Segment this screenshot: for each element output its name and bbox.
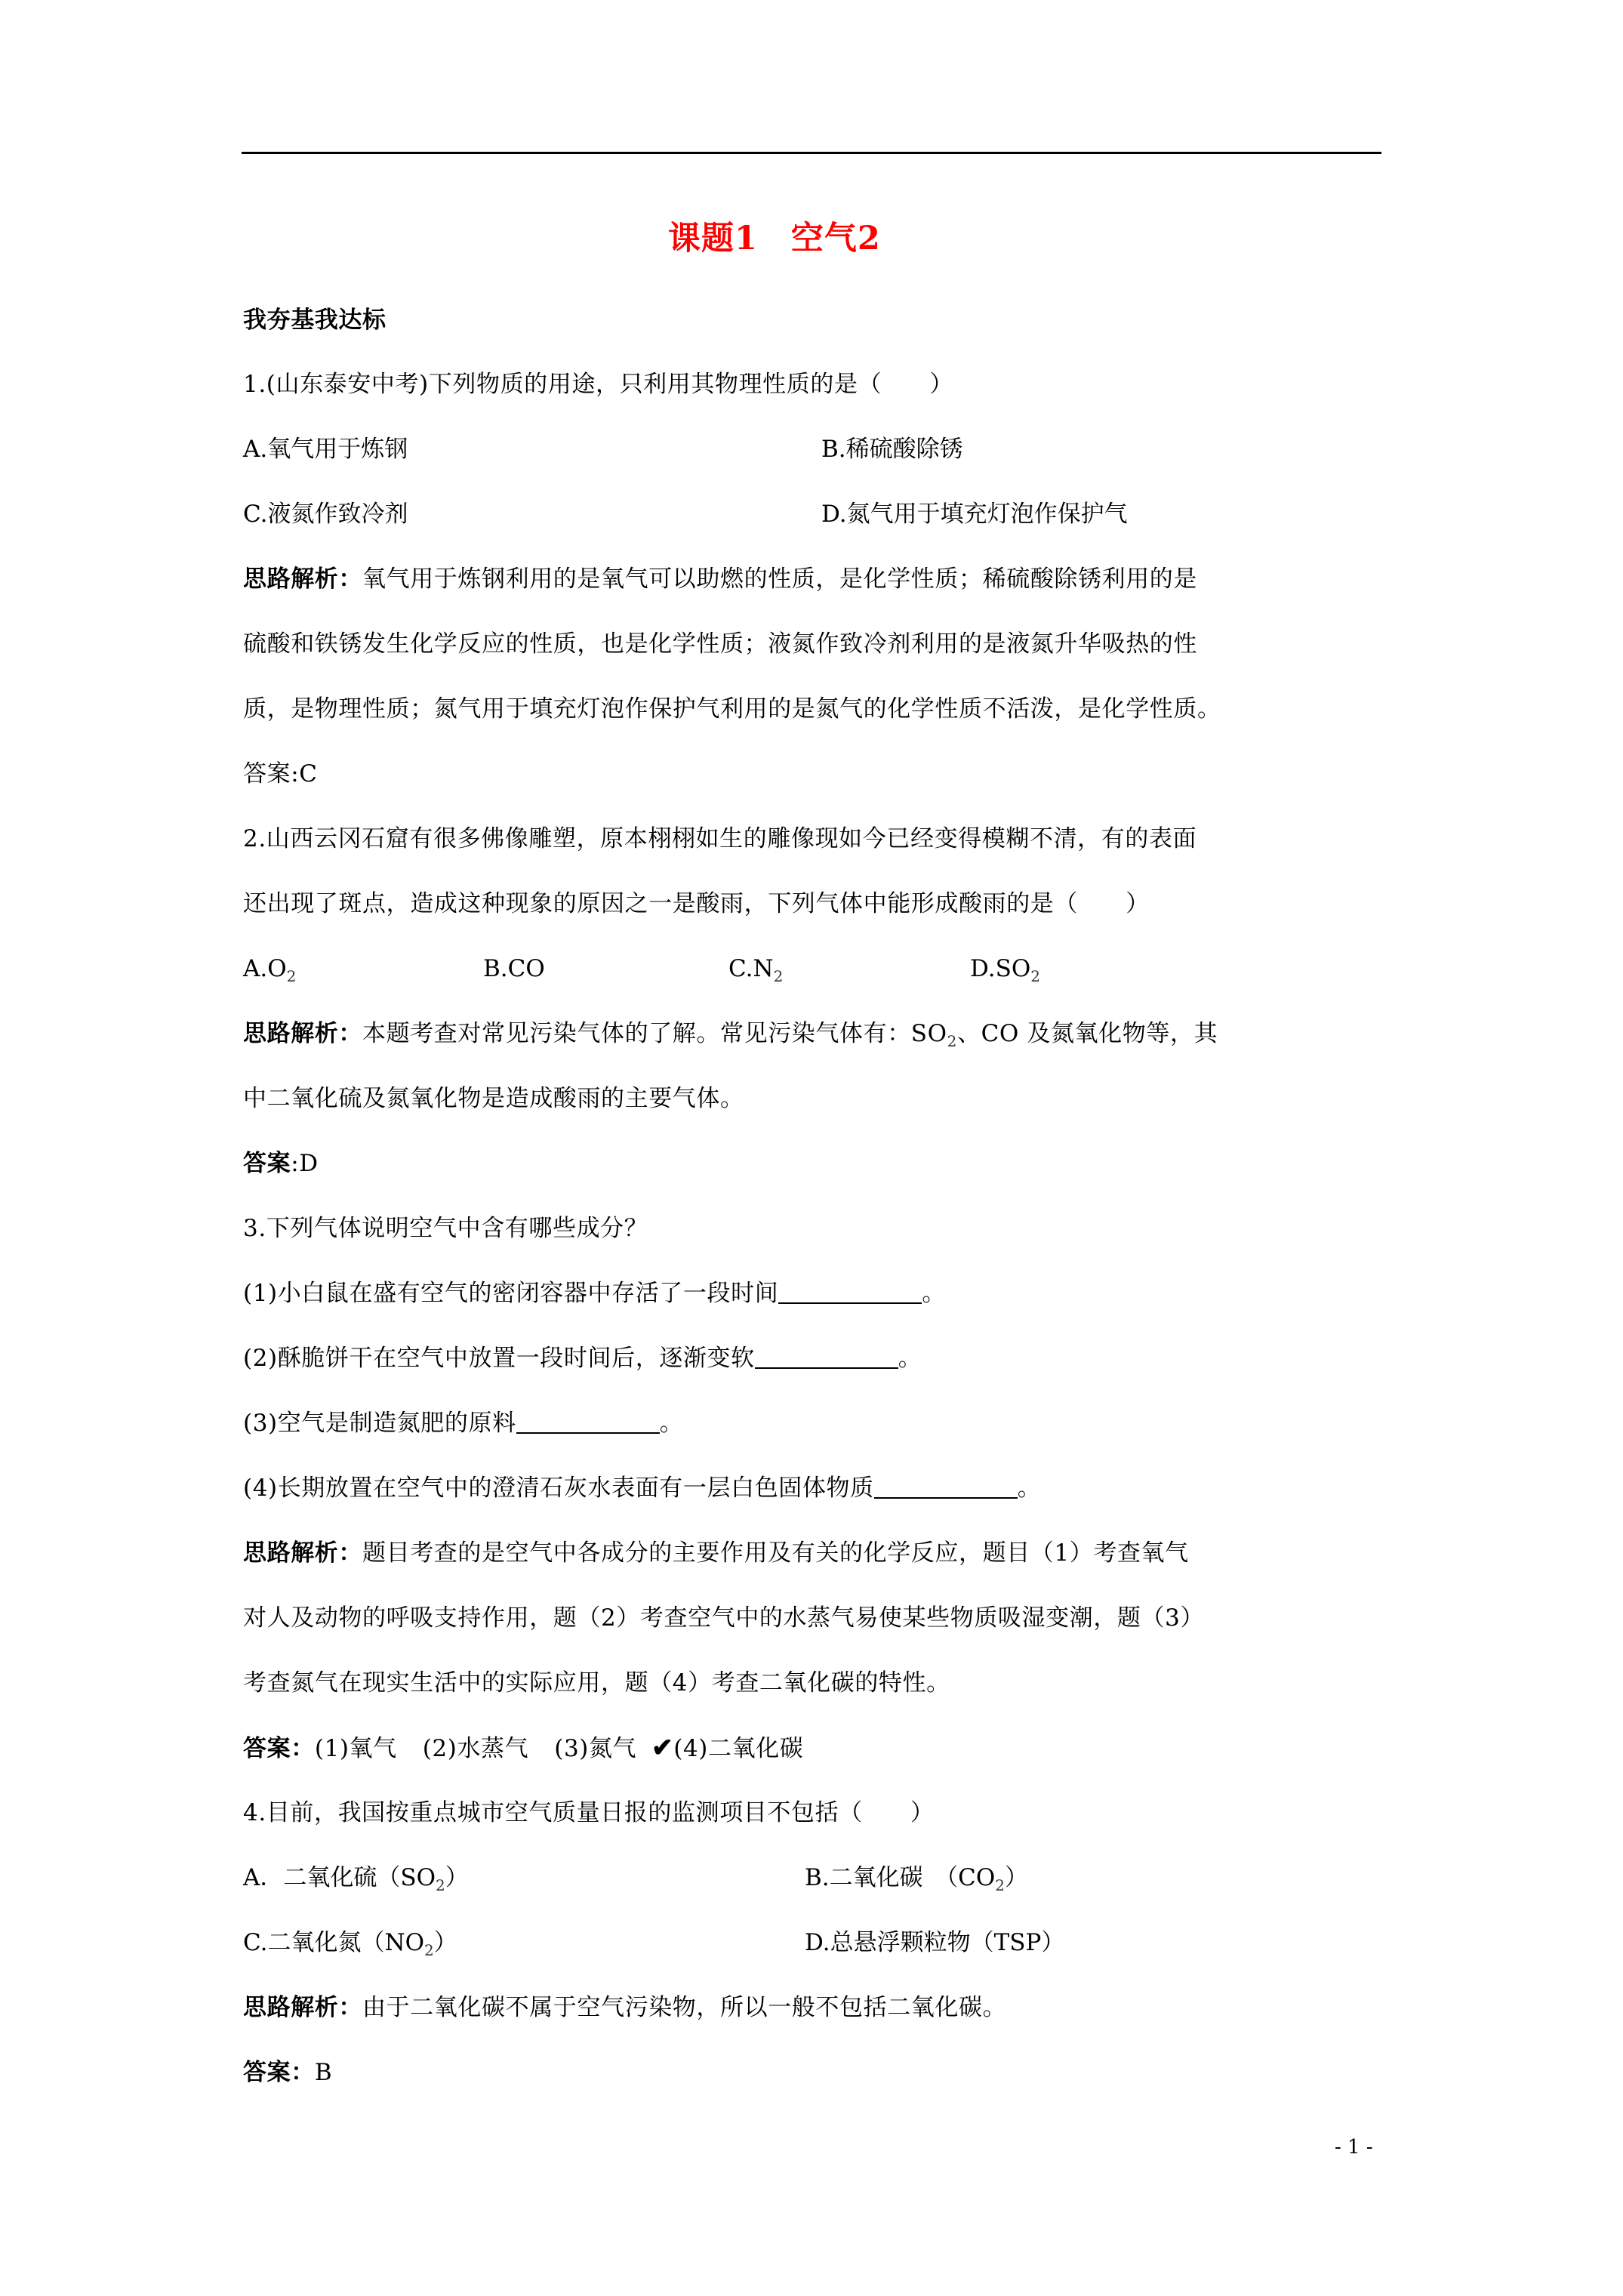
q3-analysis-line-2: 对人及动物的呼吸支持作用，题（2）考查空气中的水蒸气易使某些物质吸湿变潮，题（3… <box>243 1601 1204 1635</box>
analysis-label: 思路解析： <box>243 1539 362 1567</box>
q3-item-3: (3)空气是制造氮肥的原料。 <box>243 1407 683 1440</box>
answer-value: B <box>315 2059 332 2086</box>
q1-option-d: D.氮气用于填充灯泡作保护气 <box>821 498 1128 531</box>
analysis-text: 本题考查对常见污染气体的了解。常见污染气体有：SO <box>362 1020 947 1047</box>
answer-blank[interactable] <box>874 1475 1018 1499</box>
q4-option-d: D.总悬浮颗粒物（TSP） <box>805 1926 1064 1959</box>
subscript: 2 <box>947 1032 957 1050</box>
answer-label: 答案： <box>243 1735 315 1762</box>
q1-analysis-line-1: 思路解析：氧气用于炼钢利用的是氧气可以助燃的性质，是化学性质；稀硫酸除锈利用的是 <box>243 562 1197 596</box>
section-heading: 我夯基我达标 <box>243 304 387 337</box>
page-title: 课题1 空气2 <box>0 217 1623 260</box>
subscript: 2 <box>1030 967 1040 985</box>
q1-analysis-line-2: 硫酸和铁锈发生化学反应的性质，也是化学性质；液氮作致冷剂利用的是液氮升华吸热的性 <box>243 627 1197 661</box>
answer-blank[interactable] <box>516 1410 660 1434</box>
q2-analysis-line-2: 中二氧化硫及氮氧化物是造成酸雨的主要气体。 <box>243 1082 744 1115</box>
analysis-label: 思路解析： <box>243 1994 362 2021</box>
q1-stem: 1.(山东泰安中考)下列物质的用途，只利用其物理性质的是（ ） <box>243 368 953 401</box>
q3-analysis-line-3: 考查氮气在现实生活中的实际应用，题（4）考查二氧化碳的特性。 <box>243 1666 950 1700</box>
answer-item-4: (4)二氧化碳 <box>673 1735 803 1762</box>
answer-item-1: (1)氧气 <box>315 1735 397 1762</box>
analysis-text: 题目考查的是空气中各成分的主要作用及有关的化学反应，题目（1）考查氧气 <box>362 1539 1189 1567</box>
check-icon: ✔ <box>651 1731 673 1764</box>
q1-analysis-line-3: 质，是物理性质；氮气用于填充灯泡作保护气利用的是氮气的化学性质不活泼，是化学性质… <box>243 692 1221 726</box>
q2-stem-line-1: 2.山西云冈石窟有很多佛像雕塑，原本栩栩如生的雕像现如今已经变得模糊不清，有的表… <box>243 822 1196 855</box>
option-text: B.二氧化碳 （CO <box>805 1864 995 1891</box>
q1-answer: 答案:C <box>243 757 318 791</box>
q2-stem-line-2: 还出现了斑点，造成这种现象的原因之一是酸雨，下列气体中能形成酸雨的是（ ） <box>243 887 1150 920</box>
q4-answer: 答案：B <box>243 2056 332 2089</box>
q4-option-b: B.二氧化碳 （CO2） <box>805 1861 1028 1894</box>
subscript: 2 <box>287 967 297 985</box>
header-rule <box>242 152 1381 154</box>
q3-item-2: (2)酥脆饼干在空气中放置一段时间后，逐渐变软。 <box>243 1342 922 1375</box>
analysis-text: 、CO 及氮氧化物等，其 <box>957 1020 1218 1047</box>
answer-blank[interactable] <box>778 1280 922 1304</box>
document-page: 课题1 空气2 我夯基我达标 1.(山东泰安中考)下列物质的用途，只利用其物理性… <box>0 0 1623 2296</box>
q4-option-a: A．二氧化硫（SO2） <box>243 1861 469 1894</box>
subscript: 2 <box>995 1876 1005 1894</box>
q3-item-4: (4)长期放置在空气中的澄清石灰水表面有一层白色固体物质。 <box>243 1472 1041 1505</box>
item-text: (4)长期放置在空气中的澄清石灰水表面有一层白色固体物质 <box>243 1475 874 1502</box>
item-end: 。 <box>1018 1475 1042 1502</box>
q2-analysis-line-1: 思路解析：本题考查对常见污染气体的了解。常见污染气体有：SO2、CO 及氮氧化物… <box>243 1017 1218 1050</box>
option-text: C.二氧化氮（NO <box>243 1929 424 1956</box>
item-text: (3)空气是制造氮肥的原料 <box>243 1410 516 1437</box>
option-suffix: ） <box>434 1929 457 1956</box>
item-end: 。 <box>898 1345 922 1372</box>
page-number: - 1 - <box>1335 2134 1373 2161</box>
q1-option-c: C.液氮作致冷剂 <box>243 498 408 531</box>
answer-value: D <box>299 1150 318 1177</box>
item-end: 。 <box>660 1410 684 1437</box>
q1-option-b: B.稀硫酸除锈 <box>821 433 963 466</box>
item-text: (2)酥脆饼干在空气中放置一段时间后，逐渐变软 <box>243 1345 755 1372</box>
option-text: D.总悬浮颗粒物（TSP） <box>805 1929 1064 1956</box>
q3-stem: 3.下列气体说明空气中含有哪些成分？ <box>243 1212 648 1245</box>
item-end: 。 <box>922 1280 946 1307</box>
q3-analysis-line-1: 思路解析：题目考查的是空气中各成分的主要作用及有关的化学反应，题目（1）考查氧气 <box>243 1536 1189 1570</box>
answer-label: 答案： <box>243 2059 315 2086</box>
option-text: B.CO <box>483 955 545 982</box>
q4-option-c: C.二氧化氮（NO2） <box>243 1926 457 1959</box>
item-text: (1)小白鼠在盛有空气的密闭容器中存活了一段时间 <box>243 1280 778 1307</box>
answer-label: 答案 <box>243 760 291 787</box>
option-suffix: ） <box>445 1864 469 1891</box>
option-text: A.O <box>243 955 287 982</box>
q2-option-a: A.O2 <box>243 952 296 985</box>
q3-answer: 答案：(1)氧气(2)水蒸气(3)氮气✔(4)二氧化碳 <box>243 1731 803 1765</box>
answer-item-3: (3)氮气 <box>554 1735 636 1762</box>
q3-item-1: (1)小白鼠在盛有空气的密闭容器中存活了一段时间。 <box>243 1277 946 1310</box>
answer-label: 答案 <box>243 1150 291 1177</box>
option-text: A．二氧化硫（SO <box>243 1864 436 1891</box>
subscript: 2 <box>436 1876 445 1894</box>
q2-option-d: D.SO2 <box>970 952 1040 985</box>
answer-item-2: (2)水蒸气 <box>423 1735 529 1762</box>
analysis-label: 思路解析： <box>243 1020 362 1047</box>
q2-answer: 答案:D <box>243 1147 319 1180</box>
analysis-text: 由于二氧化碳不属于空气污染物，所以一般不包括二氧化碳。 <box>362 1994 1006 2021</box>
analysis-label: 思路解析： <box>243 566 362 593</box>
answer-separator: : <box>291 760 299 787</box>
answer-blank[interactable] <box>755 1345 898 1369</box>
answer-separator: : <box>291 1150 299 1177</box>
option-text: D.SO <box>970 955 1030 982</box>
q4-analysis: 思路解析：由于二氧化碳不属于空气污染物，所以一般不包括二氧化碳。 <box>243 1991 1006 2024</box>
analysis-text: 氧气用于炼钢利用的是氧气可以助燃的性质，是化学性质；稀硫酸除锈利用的是 <box>362 566 1197 593</box>
subscript: 2 <box>424 1941 434 1959</box>
subscript: 2 <box>774 967 784 985</box>
answer-value: C <box>299 760 317 787</box>
option-text: C.N <box>728 955 774 982</box>
q4-stem: 4.目前，我国按重点城市空气质量日报的监测项目不包括（ ） <box>243 1796 935 1829</box>
q1-option-a: A.氧气用于炼钢 <box>243 433 408 466</box>
option-suffix: ） <box>1005 1864 1028 1891</box>
q2-option-c: C.N2 <box>728 952 783 985</box>
q2-option-b: B.CO <box>483 952 545 985</box>
